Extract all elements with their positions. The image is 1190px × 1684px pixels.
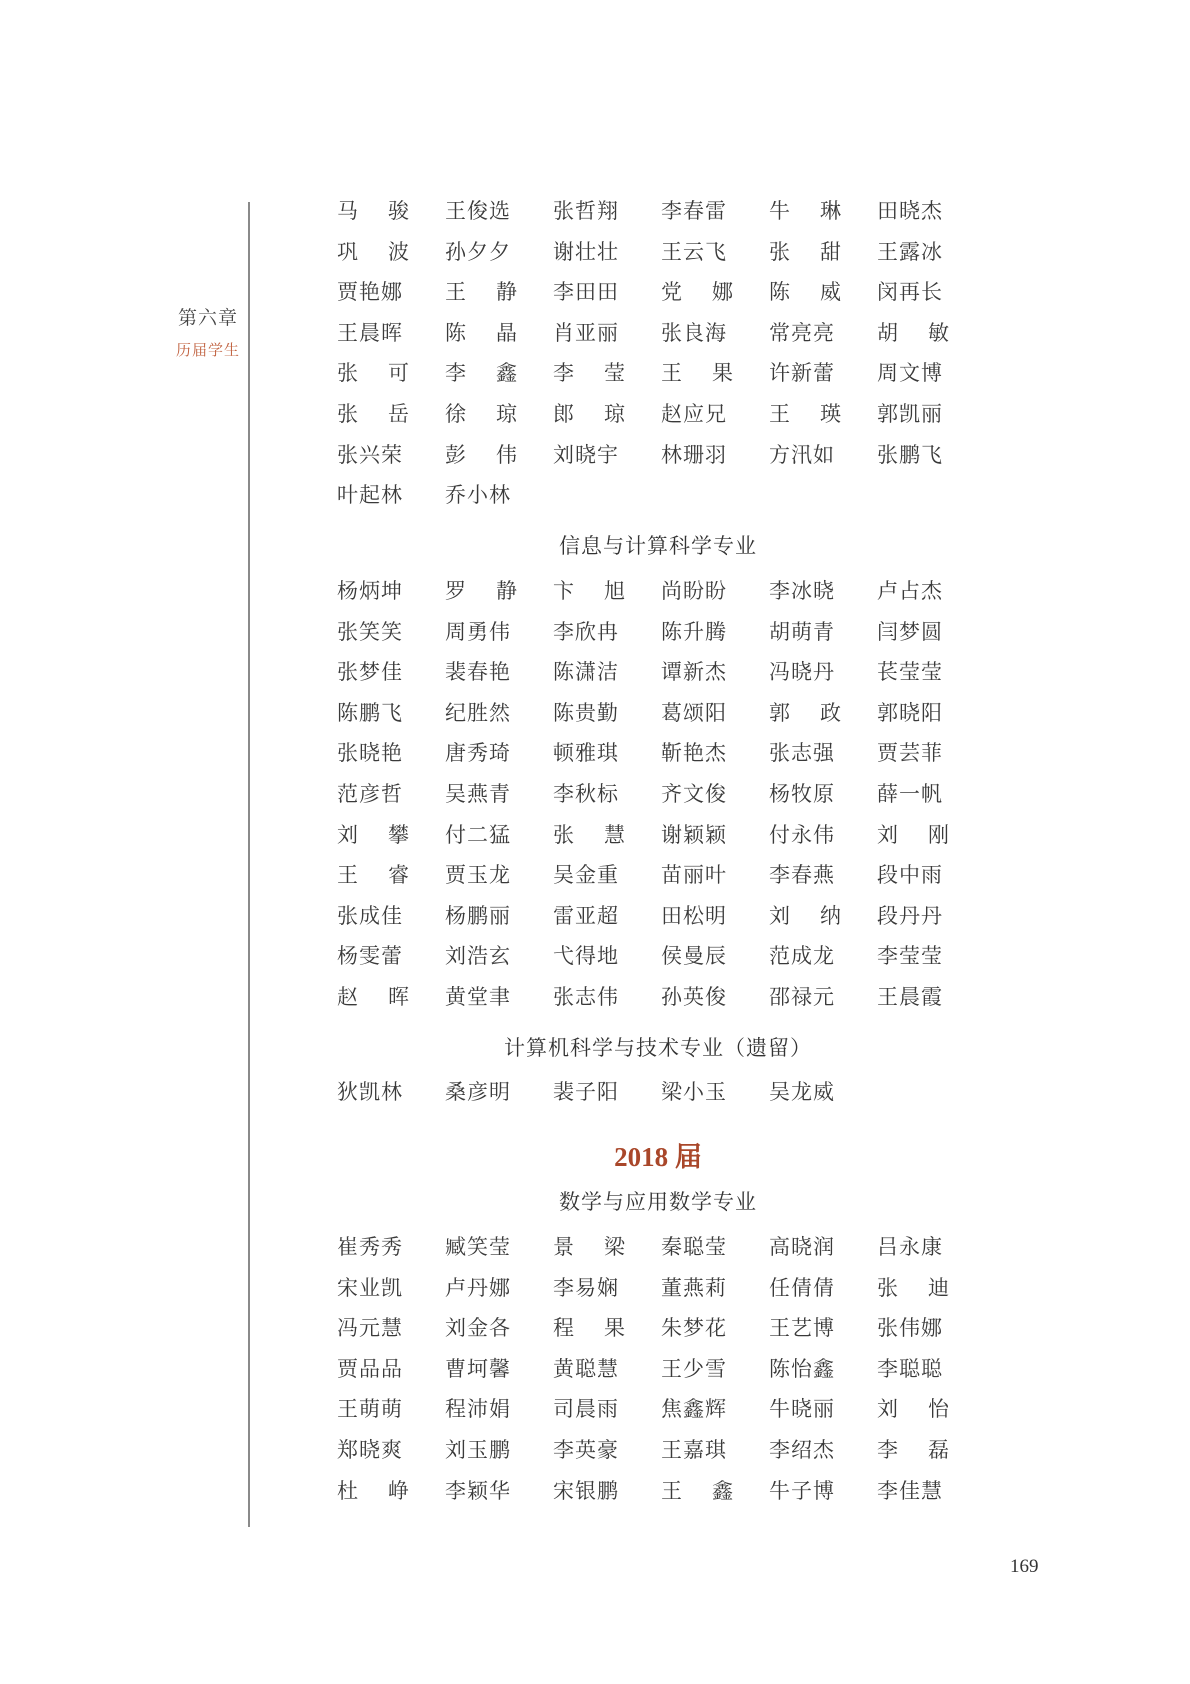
- name-row: 王睿贾玉龙吴金重苗丽叶李春燕段中雨: [337, 860, 1037, 901]
- name-row: 张可李鑫李莹王果许新蕾周文博: [337, 358, 1037, 399]
- student-name: 程沛娟: [445, 1394, 517, 1424]
- student-name: 曹坷馨: [445, 1354, 517, 1384]
- student-name: 宋银鹏: [553, 1476, 625, 1506]
- student-name: 郑晓爽: [337, 1435, 409, 1465]
- student-name: 闵再长: [877, 277, 949, 307]
- name-row: 刘攀付二猛张慧谢颖颖付永伟刘刚: [337, 820, 1037, 861]
- student-name: 黄堂聿: [445, 982, 517, 1012]
- student-name: 侯曼辰: [661, 941, 733, 971]
- student-name: 王露冰: [877, 237, 949, 267]
- student-name: 狄凯林: [337, 1077, 409, 1107]
- student-name: 尚盼盼: [661, 576, 733, 606]
- student-name: 朱梦花: [661, 1313, 733, 1343]
- name-row: 王晨晖陈晶肖亚丽张良海常亮亮胡敏: [337, 318, 1037, 359]
- name-row: 贾品品曹坷馨黄聪慧王少雪陈怡鑫李聪聪: [337, 1354, 1037, 1395]
- student-name: 陈贵勤: [553, 698, 625, 728]
- student-name: 贾品品: [337, 1354, 409, 1384]
- student-name: 宋业凯: [337, 1273, 409, 1303]
- student-name: 司晨雨: [553, 1394, 625, 1424]
- name-row: 冯元慧刘金各程果朱梦花王艺博张伟娜: [337, 1313, 1037, 1354]
- student-name: 高晓润: [769, 1232, 841, 1262]
- student-name: 许新蕾: [769, 358, 841, 388]
- student-name: 巩波: [337, 237, 409, 267]
- student-name: 陈潇洁: [553, 657, 625, 687]
- name-row: 郑晓爽刘玉鹏李英豪王嘉琪李绍杰李磊: [337, 1435, 1037, 1476]
- subchapter-label: 历届学生: [150, 339, 266, 360]
- student-name: 郭晓阳: [877, 698, 949, 728]
- name-row: 马骏王俊选张哲翔李春雷牛琳田晓杰: [337, 196, 1037, 237]
- student-name: 纪胜然: [445, 698, 517, 728]
- student-name: 马骏: [337, 196, 409, 226]
- student-name: 葛颂阳: [661, 698, 733, 728]
- student-name: 李春燕: [769, 860, 841, 890]
- student-name: 景梁: [553, 1232, 625, 1262]
- student-name: 贾玉龙: [445, 860, 517, 890]
- student-name: 李英豪: [553, 1435, 625, 1465]
- student-name: 张岳: [337, 399, 409, 429]
- student-name: 付二猛: [445, 820, 517, 850]
- student-name: 卢占杰: [877, 576, 949, 606]
- student-name: 李鑫: [445, 358, 517, 388]
- book-page: 第六章 历届学生 马骏王俊选张哲翔李春雷牛琳田晓杰巩波孙夕夕谢壮壮王云飞张甜王露…: [0, 0, 1190, 1684]
- student-name: 张可: [337, 358, 409, 388]
- student-name: 郎琼: [553, 399, 625, 429]
- student-name: 林珊羽: [661, 440, 733, 470]
- student-name: 杨鹏丽: [445, 901, 517, 931]
- student-name: 黄聪慧: [553, 1354, 625, 1384]
- major-heading: 计算机科学与技术专业（遗留）: [248, 1032, 1068, 1062]
- student-name: 陈升腾: [661, 617, 733, 647]
- student-name: 刘晓宇: [553, 440, 625, 470]
- student-name: 张笑笑: [337, 617, 409, 647]
- name-row: 陈鹏飞纪胜然陈贵勤葛颂阳郭政郭晓阳: [337, 698, 1037, 739]
- name-row: 杜峥李颖华宋银鹏王鑫牛子博李佳慧: [337, 1476, 1037, 1517]
- student-name: 李聪聪: [877, 1354, 949, 1384]
- student-name: 田松明: [661, 901, 733, 931]
- student-name: 张志伟: [553, 982, 625, 1012]
- student-name: 谢颖颖: [661, 820, 733, 850]
- student-name: 李颖华: [445, 1476, 517, 1506]
- name-row: 杨炳坤罗静卞旭尚盼盼李冰晓卢占杰: [337, 576, 1037, 617]
- student-name: 谭新杰: [661, 657, 733, 687]
- student-name: 邵禄元: [769, 982, 841, 1012]
- student-name: 刘纳: [769, 901, 841, 931]
- student-name: 王睿: [337, 860, 409, 890]
- student-name: 王云飞: [661, 237, 733, 267]
- name-row: 贾艳娜王静李田田党娜陈威闵再长: [337, 277, 1037, 318]
- student-name: 吴龙威: [769, 1077, 841, 1107]
- student-name: 李磊: [877, 1435, 949, 1465]
- student-name: 张成佳: [337, 901, 409, 931]
- student-name: 孙夕夕: [445, 237, 517, 267]
- student-name: 王艺博: [769, 1313, 841, 1343]
- student-name: 范成龙: [769, 941, 841, 971]
- student-name: 刘攀: [337, 820, 409, 850]
- student-name: 闫梦圆: [877, 617, 949, 647]
- major-heading: 数学与应用数学专业: [248, 1186, 1068, 1216]
- student-name: 李佳慧: [877, 1476, 949, 1506]
- student-name: 赵晖: [337, 982, 409, 1012]
- chapter-label: 第六章: [150, 303, 266, 330]
- margin-rule: [248, 202, 250, 1527]
- student-name: 王萌萌: [337, 1394, 409, 1424]
- student-name: 付永伟: [769, 820, 841, 850]
- name-row: 范彦哲吴燕青李秋标齐文俊杨牧原薛一帆: [337, 779, 1037, 820]
- student-name: 李春雷: [661, 196, 733, 226]
- student-name: 王嘉琪: [661, 1435, 733, 1465]
- name-row: 狄凯林桑彦明裴子阳梁小玉吴龙威: [337, 1077, 1037, 1118]
- student-name: 贾艳娜: [337, 277, 409, 307]
- student-name: 唐秀琦: [445, 738, 517, 768]
- student-name: 李莹: [553, 358, 625, 388]
- student-name: 党娜: [661, 277, 733, 307]
- student-name: 陈怡鑫: [769, 1354, 841, 1384]
- student-name: 周文博: [877, 358, 949, 388]
- page-number: 169: [1010, 1556, 1039, 1578]
- student-name: 田晓杰: [877, 196, 949, 226]
- student-name: 刘浩玄: [445, 941, 517, 971]
- name-grid: 崔秀秀臧笑莹景梁秦聪莹高晓润吕永康宋业凯卢丹娜李易娴董燕莉任倩倩张迪冯元慧刘金各…: [337, 1232, 1037, 1516]
- student-name: 李欣冉: [553, 617, 625, 647]
- student-name: 王瑛: [769, 399, 841, 429]
- student-name: 段丹丹: [877, 901, 949, 931]
- student-name: 冯晓丹: [769, 657, 841, 687]
- student-name: 肖亚丽: [553, 318, 625, 348]
- major-heading: 信息与计算科学专业: [248, 530, 1068, 560]
- student-name: 董燕莉: [661, 1273, 733, 1303]
- student-name: 裴春艳: [445, 657, 517, 687]
- student-name: 张梦佳: [337, 657, 409, 687]
- student-name: 苌莹莹: [877, 657, 949, 687]
- name-row: 张成佳杨鹏丽雷亚超田松明刘纳段丹丹: [337, 901, 1037, 942]
- name-row: 王萌萌程沛娟司晨雨焦鑫辉牛晓丽刘怡: [337, 1394, 1037, 1435]
- student-name: 焦鑫辉: [661, 1394, 733, 1424]
- student-name: 王晨霞: [877, 982, 949, 1012]
- student-name: 张伟娜: [877, 1313, 949, 1343]
- student-name: 方汛如: [769, 440, 841, 470]
- student-name: 刘刚: [877, 820, 949, 850]
- student-name: 刘怡: [877, 1394, 949, 1424]
- student-name: 刘金各: [445, 1313, 517, 1343]
- student-name: 弋得地: [553, 941, 625, 971]
- name-row: 赵晖黄堂聿张志伟孙英俊邵禄元王晨霞: [337, 982, 1037, 1023]
- student-name: 张迪: [877, 1273, 949, 1303]
- student-name: 薛一帆: [877, 779, 949, 809]
- student-name: 吴金重: [553, 860, 625, 890]
- student-name: 常亮亮: [769, 318, 841, 348]
- student-name: 齐文俊: [661, 779, 733, 809]
- student-name: 靳艳杰: [661, 738, 733, 768]
- name-row: 张岳徐琼郎琼赵应兄王瑛郭凯丽: [337, 399, 1037, 440]
- student-name: 贾芸菲: [877, 738, 949, 768]
- student-name: 张哲翔: [553, 196, 625, 226]
- student-name: 吴燕青: [445, 779, 517, 809]
- year-heading: 2018 届: [248, 1135, 1068, 1174]
- student-name: 顿雅琪: [553, 738, 625, 768]
- student-name: 李冰晓: [769, 576, 841, 606]
- student-name: 赵应兄: [661, 399, 733, 429]
- student-name: 李易娴: [553, 1273, 625, 1303]
- student-name: 王俊选: [445, 196, 517, 226]
- student-name: 李田田: [553, 277, 625, 307]
- name-row: 崔秀秀臧笑莹景梁秦聪莹高晓润吕永康: [337, 1232, 1037, 1273]
- student-name: 郭政: [769, 698, 841, 728]
- student-name: 崔秀秀: [337, 1232, 409, 1262]
- student-name: 苗丽叶: [661, 860, 733, 890]
- student-name: 裴子阳: [553, 1077, 625, 1107]
- student-name: 桑彦明: [445, 1077, 517, 1107]
- student-name: 陈晶: [445, 318, 517, 348]
- student-name: 任倩倩: [769, 1273, 841, 1303]
- student-name: 牛琳: [769, 196, 841, 226]
- name-row: 宋业凯卢丹娜李易娴董燕莉任倩倩张迪: [337, 1273, 1037, 1314]
- student-name: 范彦哲: [337, 779, 409, 809]
- student-name: 雷亚超: [553, 901, 625, 931]
- name-grid: 杨炳坤罗静卞旭尚盼盼李冰晓卢占杰张笑笑周勇伟李欣冉陈升腾胡萌青闫梦圆张梦佳裴春艳…: [337, 576, 1037, 1023]
- student-name: 梁小玉: [661, 1077, 733, 1107]
- student-name: 李莹莹: [877, 941, 949, 971]
- student-name: 冯元慧: [337, 1313, 409, 1343]
- student-name: 杜峥: [337, 1476, 409, 1506]
- student-name: 刘玉鹏: [445, 1435, 517, 1465]
- student-name: 牛子博: [769, 1476, 841, 1506]
- student-name: 张鹏飞: [877, 440, 949, 470]
- student-name: 张良海: [661, 318, 733, 348]
- student-name: 谢壮壮: [553, 237, 625, 267]
- student-name: 臧笑莹: [445, 1232, 517, 1262]
- student-name: 乔小林: [445, 480, 517, 510]
- name-row: 张梦佳裴春艳陈潇洁谭新杰冯晓丹苌莹莹: [337, 657, 1037, 698]
- student-name: 程果: [553, 1313, 625, 1343]
- student-name: 牛晓丽: [769, 1394, 841, 1424]
- name-grid: 狄凯林桑彦明裴子阳梁小玉吴龙威: [337, 1077, 1037, 1118]
- student-name: 张兴荣: [337, 440, 409, 470]
- student-name: 杨雯蕾: [337, 941, 409, 971]
- student-name: 罗静: [445, 576, 517, 606]
- name-grid: 马骏王俊选张哲翔李春雷牛琳田晓杰巩波孙夕夕谢壮壮王云飞张甜王露冰贾艳娜王静李田田…: [337, 196, 1037, 521]
- student-name: 张慧: [553, 820, 625, 850]
- student-name: 杨炳坤: [337, 576, 409, 606]
- student-name: 陈鹏飞: [337, 698, 409, 728]
- student-name: 叶起林: [337, 480, 409, 510]
- student-name: 段中雨: [877, 860, 949, 890]
- student-name: 王少雪: [661, 1354, 733, 1384]
- student-name: 陈威: [769, 277, 841, 307]
- student-name: 王静: [445, 277, 517, 307]
- name-row: 张笑笑周勇伟李欣冉陈升腾胡萌青闫梦圆: [337, 617, 1037, 658]
- student-name: 杨牧原: [769, 779, 841, 809]
- student-name: 周勇伟: [445, 617, 517, 647]
- name-row: 张晓艳唐秀琦顿雅琪靳艳杰张志强贾芸菲: [337, 738, 1037, 779]
- student-name: 王晨晖: [337, 318, 409, 348]
- student-name: 王鑫: [661, 1476, 733, 1506]
- name-row: 杨雯蕾刘浩玄弋得地侯曼辰范成龙李莹莹: [337, 941, 1037, 982]
- student-name: 张志强: [769, 738, 841, 768]
- student-name: 胡萌青: [769, 617, 841, 647]
- student-name: 彭伟: [445, 440, 517, 470]
- student-name: 胡敏: [877, 318, 949, 348]
- student-name: 孙英俊: [661, 982, 733, 1012]
- student-name: 卢丹娜: [445, 1273, 517, 1303]
- student-name: 张甜: [769, 237, 841, 267]
- name-row: 巩波孙夕夕谢壮壮王云飞张甜王露冰: [337, 237, 1037, 278]
- name-row: 叶起林乔小林: [337, 480, 1037, 521]
- student-name: 李秋标: [553, 779, 625, 809]
- student-name: 李绍杰: [769, 1435, 841, 1465]
- student-name: 徐琼: [445, 399, 517, 429]
- student-name: 吕永康: [877, 1232, 949, 1262]
- student-name: 秦聪莹: [661, 1232, 733, 1262]
- student-name: 卞旭: [553, 576, 625, 606]
- student-name: 王果: [661, 358, 733, 388]
- student-name: 郭凯丽: [877, 399, 949, 429]
- name-row: 张兴荣彭伟刘晓宇林珊羽方汛如张鹏飞: [337, 440, 1037, 481]
- student-name: 张晓艳: [337, 738, 409, 768]
